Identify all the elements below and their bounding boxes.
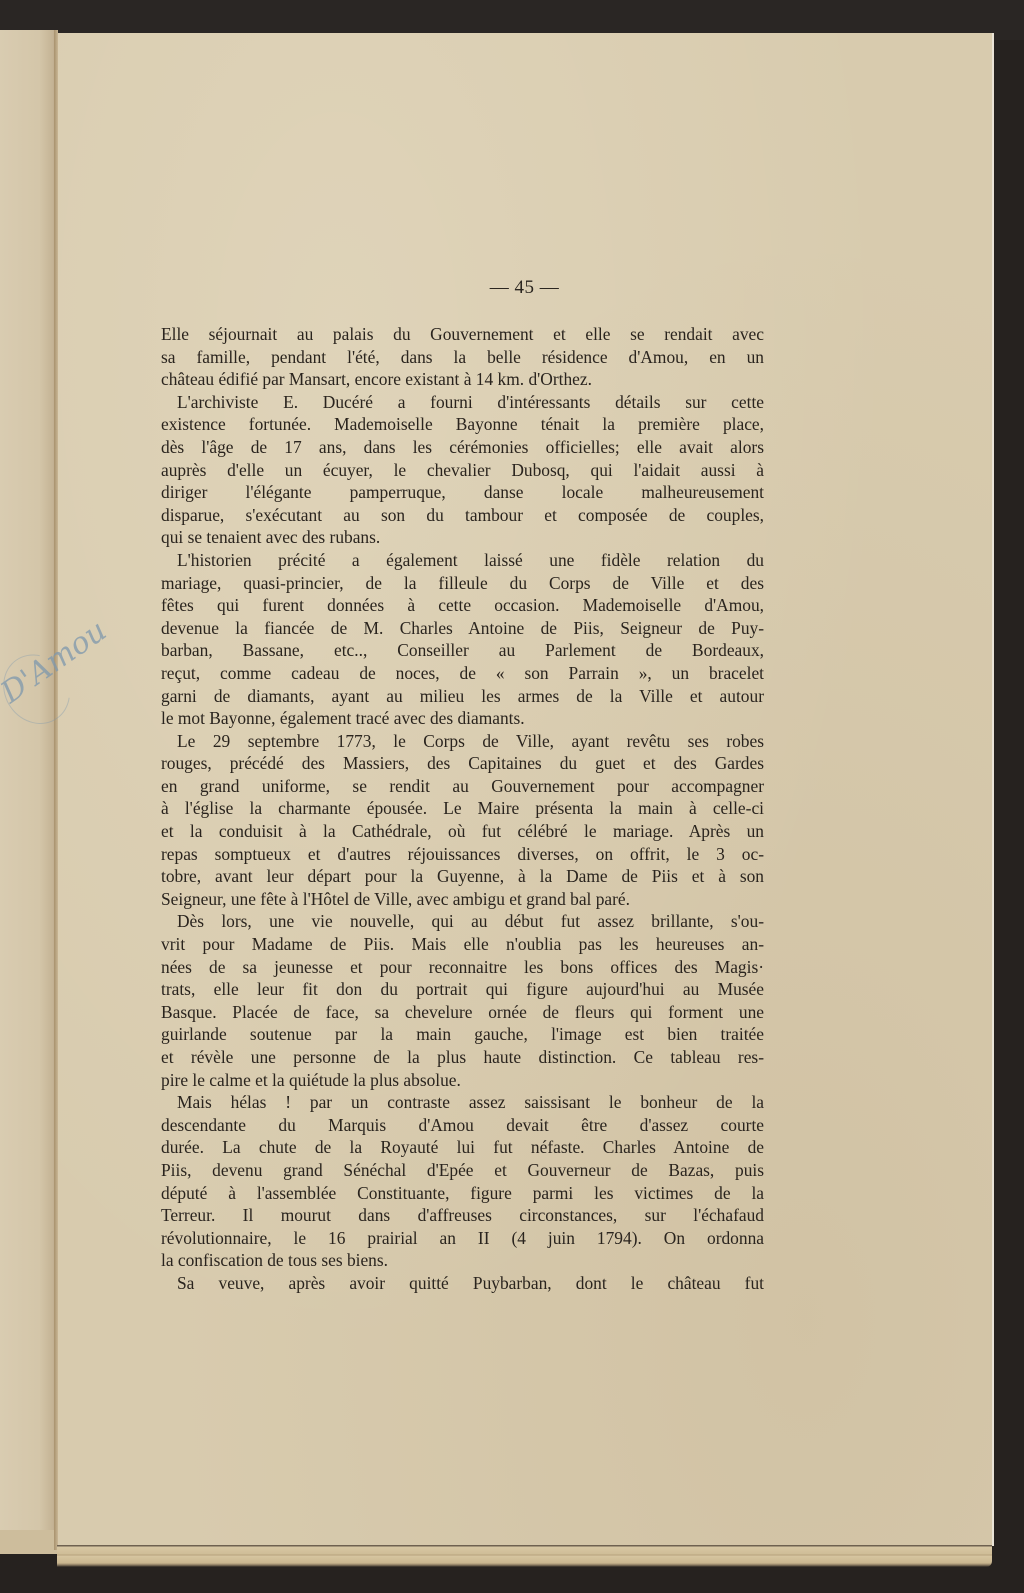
- text-line: fêtes qui furent données à cette occasio…: [161, 594, 764, 617]
- book-gutter: [54, 30, 58, 1550]
- text-line: château édifié par Mansart, encore exist…: [161, 368, 764, 391]
- text-line: député à l'assemblée Constituante, figur…: [161, 1182, 764, 1205]
- paragraph: Dès lors, une vie nouvelle, qui au début…: [161, 910, 764, 1091]
- text-line: nées de sa jeunesse et pour reconnaitre …: [161, 956, 764, 979]
- text-line: et la conduisit à la Cathédrale, où fut …: [161, 820, 764, 843]
- text-line: Elle séjournait au palais du Gouvernemen…: [161, 323, 764, 346]
- left-facing-page: [0, 30, 56, 1550]
- text-line: devenue la fiancée de M. Charles Antoine…: [161, 617, 764, 640]
- text-line: pire le calme et la quiétude la plus abs…: [161, 1069, 764, 1092]
- text-line: et révèle une personne de la plus haute …: [161, 1046, 764, 1069]
- text-line: garni de diamants, ayant au milieu les a…: [161, 685, 764, 708]
- paragraph: Elle séjournait au palais du Gouvernemen…: [161, 323, 764, 391]
- text-line: Dès lors, une vie nouvelle, qui au début…: [161, 910, 764, 933]
- text-line: Sa veuve, après avoir quitté Puybarban, …: [161, 1272, 764, 1295]
- body-text: Elle séjournait au palais du Gouvernemen…: [161, 323, 764, 1295]
- paragraph: Sa veuve, après avoir quitté Puybarban, …: [161, 1272, 764, 1295]
- text-line: le mot Bayonne, également tracé avec des…: [161, 707, 764, 730]
- text-line: barban, Bassane, etc.., Conseiller au Pa…: [161, 639, 764, 662]
- text-line: tobre, avant leur départ pour la Guyenne…: [161, 865, 764, 888]
- text-line: diriger l'élégante pamperruque, danse lo…: [161, 481, 764, 504]
- book-page: — 45 — Elle séjournait au palais du Gouv…: [57, 33, 994, 1546]
- text-line: L'historien précité a également laissé u…: [161, 549, 764, 572]
- paragraph: L'archiviste E. Ducéré a fourni d'intére…: [161, 391, 764, 549]
- text-line: révolutionnaire, le 16 prairial an II (4…: [161, 1227, 764, 1250]
- text-line: reçut, comme cadeau de noces, de « son P…: [161, 662, 764, 685]
- text-line: trats, elle leur fit don du portrait qui…: [161, 978, 764, 1001]
- text-line: descendante du Marquis d'Amou devait êtr…: [161, 1114, 764, 1137]
- text-line: existence fortunée. Mademoiselle Bayonne…: [161, 413, 764, 436]
- text-line: sa famille, pendant l'été, dans la belle…: [161, 346, 764, 369]
- text-line: Piis, devenu grand Sénéchal d'Epée et Go…: [161, 1159, 764, 1182]
- text-line: L'archiviste E. Ducéré a fourni d'intére…: [161, 391, 764, 414]
- paragraph: L'historien précité a également laissé u…: [161, 549, 764, 730]
- text-line: durée. La chute de la Royauté lui fut né…: [161, 1136, 764, 1159]
- text-line: dès l'âge de 17 ans, dans les cérémonies…: [161, 436, 764, 459]
- text-line: repas somptueux et d'autres réjouissance…: [161, 843, 764, 866]
- text-line: Terreur. Il mourut dans d'affreuses circ…: [161, 1204, 764, 1227]
- text-line: en grand uniforme, se rendit au Gouverne…: [161, 775, 764, 798]
- text-line: vrit pour Madame de Piis. Mais elle n'ou…: [161, 933, 764, 956]
- paragraph: Le 29 septembre 1773, le Corps de Ville,…: [161, 730, 764, 911]
- page-stack-edges: [57, 1545, 992, 1567]
- text-line: à l'église la charmante épousée. Le Mair…: [161, 797, 764, 820]
- text-line: Le 29 septembre 1773, le Corps de Ville,…: [161, 730, 764, 753]
- text-line: Basque. Placée de face, sa chevelure orn…: [161, 1001, 764, 1024]
- text-line: mariage, quasi-princier, de la filleule …: [161, 572, 764, 595]
- text-line: disparue, s'exécutant au son du tambour …: [161, 504, 764, 527]
- text-line: Seigneur, une fête à l'Hôtel de Ville, a…: [161, 888, 764, 911]
- left-page-bottom-edge: [0, 1530, 60, 1554]
- text-line: Mais hélas ! par un contraste assez sais…: [161, 1091, 764, 1114]
- text-line: rouges, précédé des Massiers, des Capita…: [161, 752, 764, 775]
- text-line: qui se tenaient avec des rubans.: [161, 526, 764, 549]
- page-number: — 45 —: [57, 277, 992, 299]
- text-line: auprès d'elle un écuyer, le chevalier Du…: [161, 459, 764, 482]
- text-line: la confiscation de tous ses biens.: [161, 1249, 764, 1272]
- text-line: guirlande soutenue par la main gauche, l…: [161, 1023, 764, 1046]
- paragraph: Mais hélas ! par un contraste assez sais…: [161, 1091, 764, 1272]
